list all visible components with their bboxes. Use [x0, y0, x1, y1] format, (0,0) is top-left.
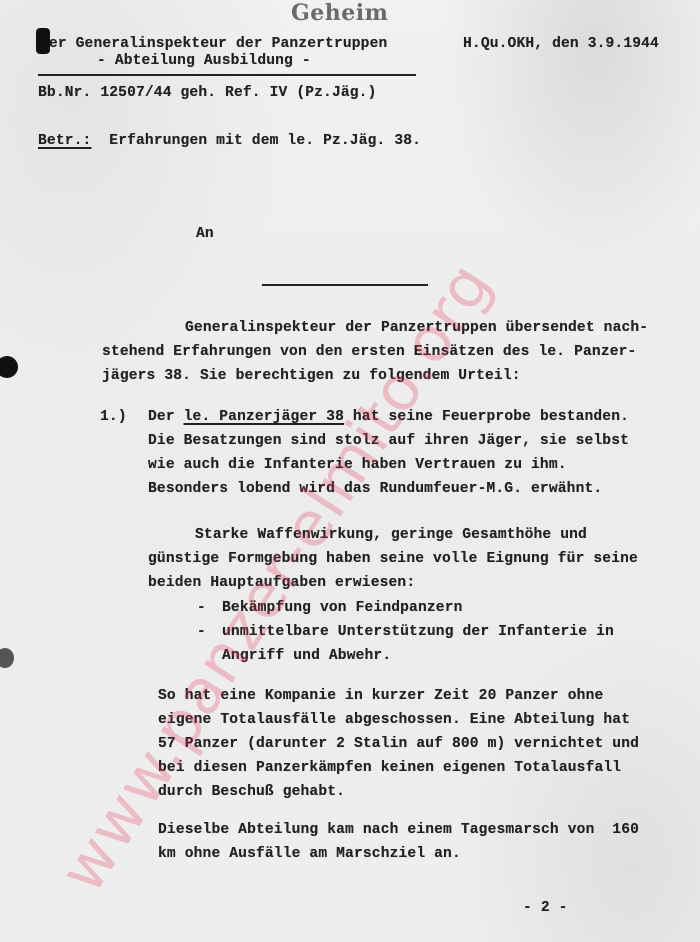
paragraph-2-line-3: beiden Hauptaufgaben erwiesen: [148, 575, 415, 591]
paragraph-4-line-1: Dieselbe Abteilung kam nach einem Tagesm… [158, 822, 639, 838]
point-1-line-3: wie auch die Infanterie haben Vertrauen … [148, 457, 567, 473]
reference-number: Bb.Nr. 12507/44 geh. Ref. IV (Pz.Jäg.) [38, 85, 377, 101]
classification-stamp: Geheim [291, 0, 388, 26]
point-1-line-4: Besonders lobend wird das Rundumfeuer-M.… [148, 481, 602, 497]
place-date: H.Qu.OKH, den 3.9.1944 [463, 36, 659, 52]
subject-label: Betr.: [38, 133, 91, 149]
point-1-prefix: Der [148, 409, 184, 425]
page-number: - 2 - [523, 900, 568, 916]
addressee-rule [262, 284, 428, 286]
intro-line-1: Generalinspekteur der Panzertruppen über… [185, 320, 648, 336]
point-1-number: 1.) [100, 409, 127, 425]
punch-hole-icon [0, 648, 14, 668]
punch-hole-icon [0, 356, 18, 378]
paragraph-3-line-1: So hat eine Kompanie in kurzer Zeit 20 P… [158, 688, 603, 704]
point-1-suffix: hat seine Feuerprobe bestanden. [344, 409, 629, 425]
intro-line-3: jägers 38. Sie berechtigen zu folgendem … [102, 368, 521, 384]
sender-line-2: - Abteilung Ausbildung - [97, 53, 311, 69]
paragraph-3-line-4: bei diesen Panzerkämpfen keinen eigenen … [158, 760, 621, 776]
subject-text: Erfahrungen mit dem le. Pz.Jäg. 38. [109, 133, 421, 149]
addressee-label: An [196, 226, 214, 242]
task-2-text: unmittelbare Unterstützung der Infanteri… [222, 624, 614, 640]
subject-line: Betr.: Erfahrungen mit dem le. Pz.Jäg. 3… [38, 133, 421, 149]
task-2-bullet: - [197, 624, 206, 640]
paragraph-4-line-2: km ohne Ausfälle am Marschziel an. [158, 846, 461, 862]
document-page: Geheim Der Generalinspekteur der Panzert… [0, 0, 700, 942]
paragraph-2-line-2: günstige Formgebung haben seine volle Ei… [148, 551, 638, 567]
paragraph-2-line-1: Starke Waffenwirkung, geringe Gesamthöhe… [195, 527, 587, 543]
point-1-line-2: Die Besatzungen sind stolz auf ihren Jäg… [148, 433, 629, 449]
intro-line-2: stehend Erfahrungen von den ersten Einsä… [102, 344, 636, 360]
sender-line-1: Der Generalinspekteur der Panzertruppen [40, 36, 387, 52]
paragraph-3-line-3: 57 Panzer (darunter 2 Stalin auf 800 m) … [158, 736, 639, 752]
paragraph-3-line-2: eigene Totalausfälle abgeschossen. Eine … [158, 712, 630, 728]
header-rule [38, 74, 416, 76]
task-1-text: Bekämpfung von Feindpanzern [222, 600, 463, 616]
ink-blot-icon [36, 28, 50, 54]
task-1-bullet: - [197, 600, 206, 616]
task-2-continuation: Angriff und Abwehr. [222, 648, 391, 664]
point-1-line-1: Der le. Panzerjäger 38 hat seine Feuerpr… [148, 409, 629, 425]
vehicle-name-underlined: le. Panzerjäger 38 [184, 409, 344, 425]
paragraph-3-line-5: durch Beschuß gehabt. [158, 784, 345, 800]
